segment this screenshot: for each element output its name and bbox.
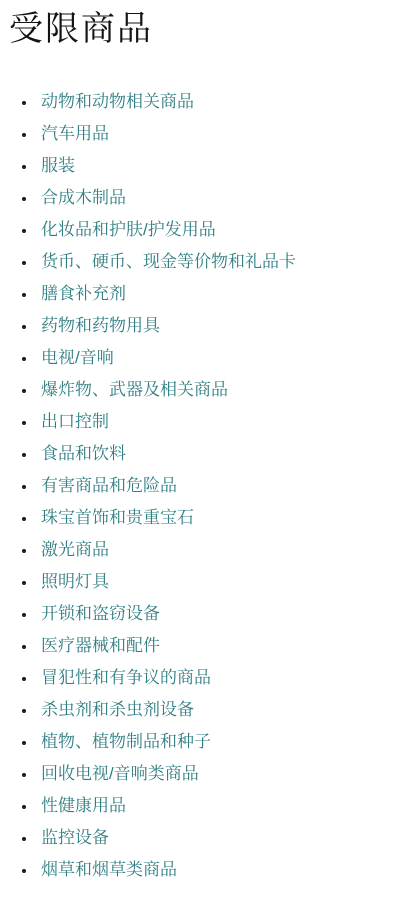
category-list-item: 动物和动物相关商品 bbox=[37, 92, 405, 111]
category-link[interactable]: 植物、植物制品和种子 bbox=[41, 732, 211, 751]
category-link[interactable]: 监控设备 bbox=[41, 828, 109, 847]
category-link[interactable]: 货币、硬币、现金等价物和礼品卡 bbox=[41, 252, 296, 271]
category-list-item: 出口控制 bbox=[37, 412, 405, 431]
category-list-item: 合成木制品 bbox=[37, 188, 405, 207]
category-link[interactable]: 激光商品 bbox=[41, 540, 109, 559]
category-link[interactable]: 性健康用品 bbox=[41, 796, 126, 815]
category-link[interactable]: 杀虫剂和杀虫剂设备 bbox=[41, 700, 194, 719]
category-list-item: 监控设备 bbox=[37, 828, 405, 847]
category-list-item: 药物和药物用具 bbox=[37, 316, 405, 335]
category-link[interactable]: 开锁和盗窃设备 bbox=[41, 604, 160, 623]
category-link[interactable]: 化妆品和护肤/护发用品 bbox=[41, 220, 216, 239]
category-link[interactable]: 烟草和烟草类商品 bbox=[41, 860, 177, 879]
category-list-item: 冒犯性和有争议的商品 bbox=[37, 668, 405, 687]
category-list-item: 性健康用品 bbox=[37, 796, 405, 815]
category-list-item: 医疗器械和配件 bbox=[37, 636, 405, 655]
category-list-item: 电视/音响 bbox=[37, 348, 405, 367]
category-link[interactable]: 药物和药物用具 bbox=[41, 316, 160, 335]
category-list-item: 开锁和盗窃设备 bbox=[37, 604, 405, 623]
category-link[interactable]: 爆炸物、武器及相关商品 bbox=[41, 380, 228, 399]
category-link[interactable]: 出口控制 bbox=[41, 412, 109, 431]
category-list-item: 食品和饮料 bbox=[37, 444, 405, 463]
restricted-products-page: 受限商品 动物和动物相关商品汽车用品服装合成木制品化妆品和护肤/护发用品货币、硬… bbox=[0, 0, 417, 912]
category-list-item: 烟草和烟草类商品 bbox=[37, 860, 405, 879]
category-link[interactable]: 冒犯性和有争议的商品 bbox=[41, 668, 211, 687]
category-list-item: 回收电视/音响类商品 bbox=[37, 764, 405, 783]
category-link[interactable]: 服装 bbox=[41, 156, 75, 175]
category-list-item: 服装 bbox=[37, 156, 405, 175]
category-link[interactable]: 膳食补充剂 bbox=[41, 284, 126, 303]
category-list-item: 珠宝首饰和贵重宝石 bbox=[37, 508, 405, 527]
category-list-item: 膳食补充剂 bbox=[37, 284, 405, 303]
category-list-item: 爆炸物、武器及相关商品 bbox=[37, 380, 405, 399]
category-link[interactable]: 照明灯具 bbox=[41, 572, 109, 591]
category-link[interactable]: 有害商品和危险品 bbox=[41, 476, 177, 495]
category-link[interactable]: 动物和动物相关商品 bbox=[41, 92, 194, 111]
category-link[interactable]: 医疗器械和配件 bbox=[41, 636, 160, 655]
category-list-item: 货币、硬币、现金等价物和礼品卡 bbox=[37, 252, 405, 271]
category-list-item: 化妆品和护肤/护发用品 bbox=[37, 220, 405, 239]
category-list-item: 杀虫剂和杀虫剂设备 bbox=[37, 700, 405, 719]
restricted-categories-list: 动物和动物相关商品汽车用品服装合成木制品化妆品和护肤/护发用品货币、硬币、现金等… bbox=[9, 92, 405, 879]
category-list-item: 有害商品和危险品 bbox=[37, 476, 405, 495]
category-link[interactable]: 珠宝首饰和贵重宝石 bbox=[41, 508, 194, 527]
category-link[interactable]: 汽车用品 bbox=[41, 124, 109, 143]
page-title: 受限商品 bbox=[9, 10, 405, 48]
category-link[interactable]: 合成木制品 bbox=[41, 188, 126, 207]
category-list-item: 照明灯具 bbox=[37, 572, 405, 591]
category-link[interactable]: 食品和饮料 bbox=[41, 444, 126, 463]
category-link[interactable]: 电视/音响 bbox=[41, 348, 114, 367]
category-link[interactable]: 回收电视/音响类商品 bbox=[41, 764, 199, 783]
category-list-item: 激光商品 bbox=[37, 540, 405, 559]
category-list-item: 植物、植物制品和种子 bbox=[37, 732, 405, 751]
category-list-item: 汽车用品 bbox=[37, 124, 405, 143]
